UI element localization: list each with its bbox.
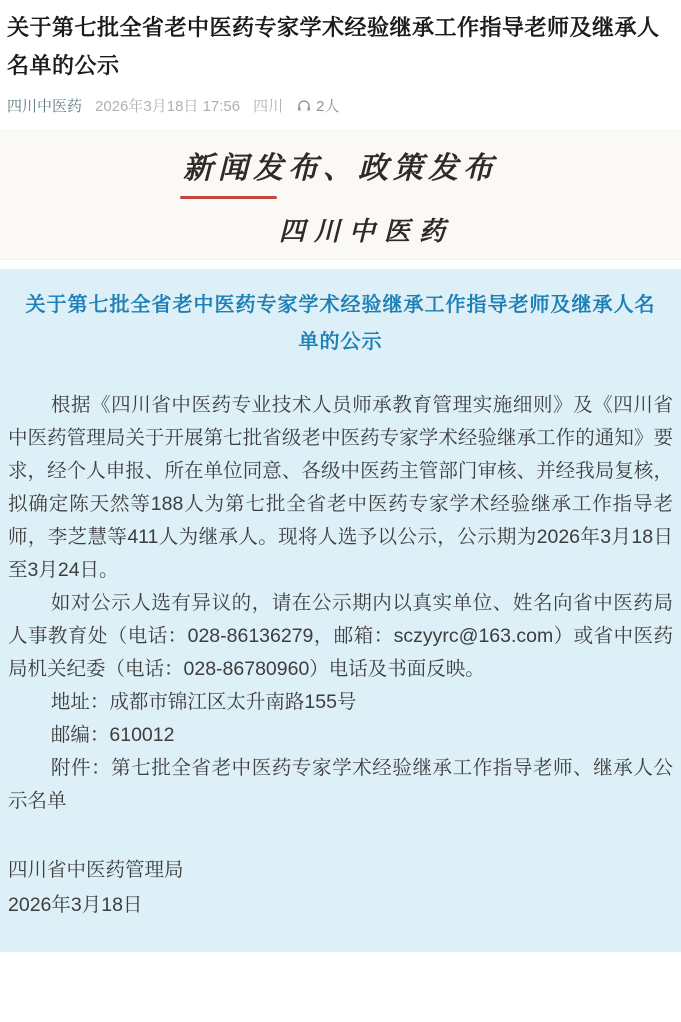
announcement-paragraph-1: 根据《四川省中医药专业技术人员师承教育管理实施细则》及《四川省中医药管理局关于开… — [8, 389, 673, 587]
headphones-icon — [296, 98, 312, 114]
banner-subtitle: 四川中医药 — [279, 211, 454, 248]
signature-organization: 四川省中医药管理局 — [8, 854, 673, 887]
publish-datetime: 2026年3月18日 17:56 — [95, 95, 240, 116]
announcement-heading: 关于第七批全省老中医药专家学术经验继承工作指导老师及继承人名单的公示 — [18, 287, 663, 361]
red-underline-decoration — [180, 196, 277, 199]
attachment-line: 附件：第七批全省老中医药专家学术经验继承工作指导老师、继承人公示名单 — [8, 752, 673, 818]
publish-location: 四川 — [253, 95, 283, 116]
postcode-line: 邮编：610012 — [8, 719, 673, 752]
listen-count-button[interactable]: 2人 — [296, 95, 339, 116]
byline: 四川中医药 2026年3月18日 17:56 四川 2人 — [0, 95, 681, 116]
article-title: 关于第七批全省老中医药专家学术经验继承工作指导老师及继承人名单的公示 — [0, 0, 681, 85]
article-page: 关于第七批全省老中医药专家学术经验继承工作指导老师及继承人名单的公示 四川中医药… — [0, 0, 681, 1022]
announcement-paragraph-2: 如对公示人选有异议的，请在公示期内以真实单位、姓名向省中医药局人事教育处（电话：… — [8, 587, 673, 686]
listen-count-label: 2人 — [316, 95, 339, 116]
banner-image[interactable]: 新闻发布、政策发布 四川中医药 — [0, 130, 681, 260]
announcement-section: 关于第七批全省老中医药专家学术经验继承工作指导老师及继承人名单的公示 根据《四川… — [0, 269, 681, 952]
signature-date: 2026年3月18日 — [8, 889, 673, 922]
address-line: 地址：成都市锦江区太升南路155号 — [8, 686, 673, 719]
account-name-link[interactable]: 四川中医药 — [7, 95, 82, 116]
banner-title: 新闻发布、政策发布 — [183, 151, 498, 186]
